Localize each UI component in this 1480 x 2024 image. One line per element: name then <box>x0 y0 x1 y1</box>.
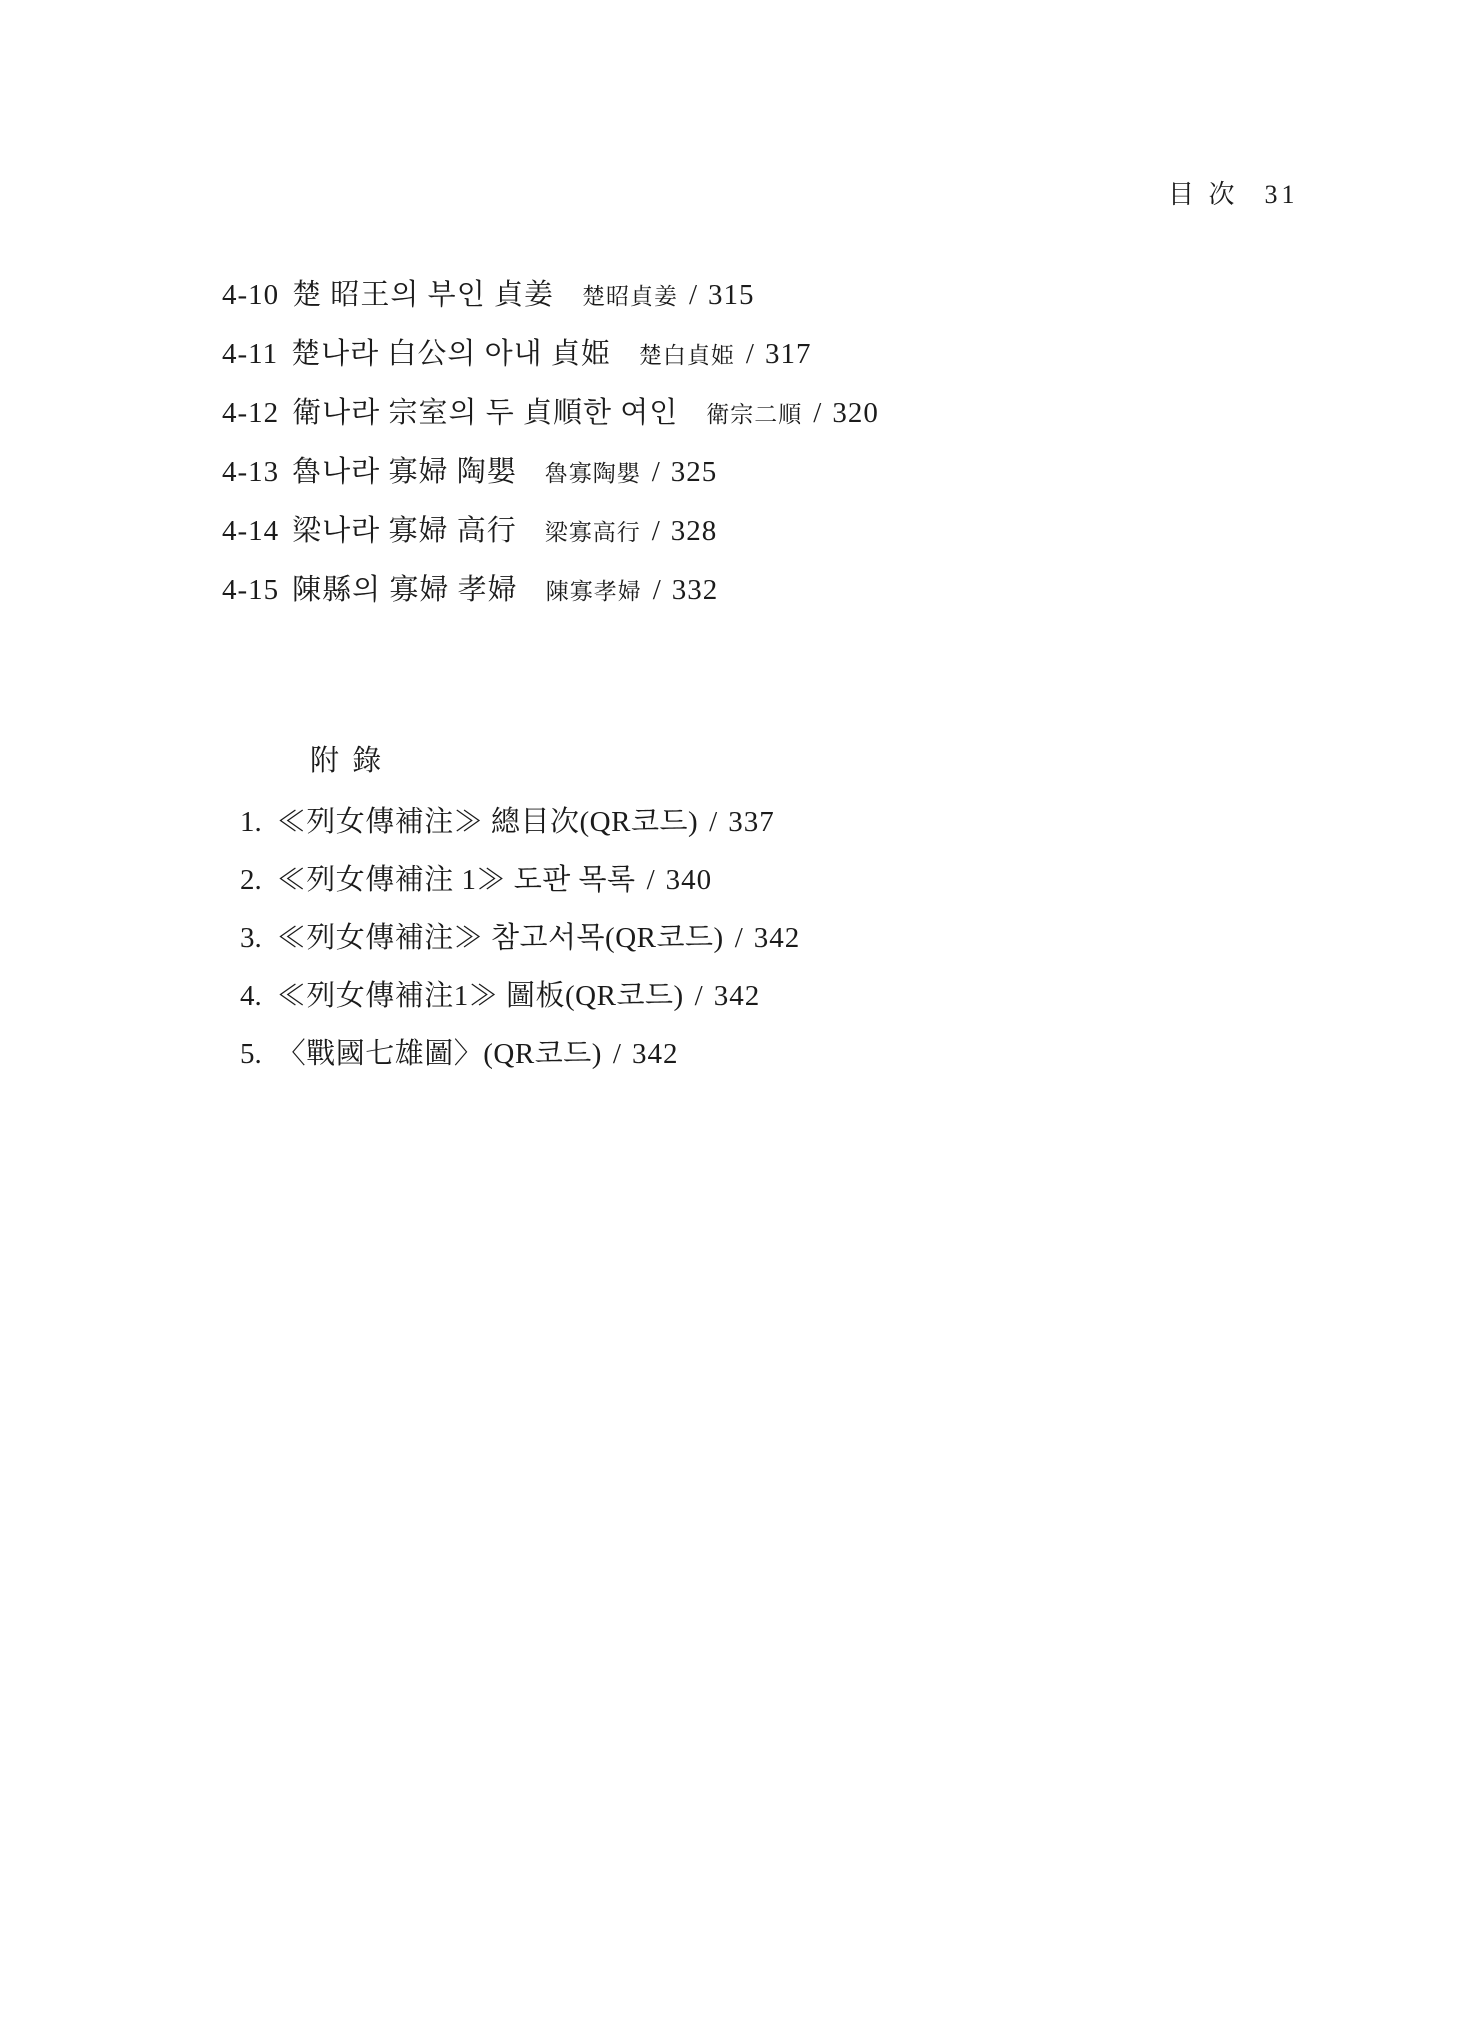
entry-hanja-title: 陳寡孝婦 <box>546 573 642 606</box>
entry-number: 4-13 <box>222 456 279 489</box>
entry-number: 4-15 <box>222 574 279 607</box>
entry-page-number: 320 <box>832 397 879 430</box>
entry-title: 〈戰國七雄圖〉(QR코드) <box>277 1031 602 1072</box>
entry-separator: / <box>813 397 821 430</box>
entry-title: 梁나라 寡婦 高行 <box>292 508 517 549</box>
entry-title: ≪列女傳補注≫ 總目次(QR코드) <box>277 799 698 840</box>
entry-page-number: 342 <box>632 1038 679 1071</box>
entry-hanja-title: 梁寡高行 <box>545 514 641 547</box>
entry-separator: / <box>695 980 703 1013</box>
appendix-entry: 3. ≪列女傳補注≫ 참고서목(QR코드) / 342 <box>240 915 800 950</box>
appendix-entry: 5. 〈戰國七雄圖〉(QR코드) / 342 <box>240 1031 800 1066</box>
toc-entry: 4-11 楚나라 白公의 아내 貞姫 楚白貞姫 / 317 <box>222 331 879 367</box>
entry-page-number: 328 <box>671 515 718 548</box>
entry-number: 1. <box>240 806 262 839</box>
entry-hanja-title: 衛宗二順 <box>706 396 802 429</box>
toc-list: 4-10 楚 昭王의 부인 貞姜 楚昭貞姜 / 315 4-11 楚나라 白公의… <box>222 272 879 626</box>
running-head-page-number: 31 <box>1265 180 1299 210</box>
entry-title: ≪列女傳補注 1≫ 도판 목록 <box>277 857 636 898</box>
entry-number: 4-12 <box>222 397 279 430</box>
appendix-entry: 4. ≪列女傳補注1≫ 圖板(QR코드) / 342 <box>240 973 800 1008</box>
toc-page: 目 次 31 4-10 楚 昭王의 부인 貞姜 楚昭貞姜 / 315 4-11 … <box>0 0 1480 2024</box>
entry-hanja-title: 楚昭貞姜 <box>582 278 678 311</box>
running-head: 目 次 31 <box>1168 174 1299 211</box>
entry-page-number: 325 <box>671 456 718 489</box>
entry-title: 陳縣의 寡婦 孝婦 <box>292 567 518 608</box>
entry-page-number: 337 <box>728 806 775 839</box>
entry-page-number: 342 <box>754 922 801 955</box>
entry-title: ≪列女傳補注≫ 참고서목(QR코드) <box>277 915 724 956</box>
entry-page-number: 317 <box>765 338 812 371</box>
appendix-list: 1. ≪列女傳補注≫ 總目次(QR코드) / 337 2. ≪列女傳補注 1≫ … <box>240 799 800 1089</box>
entry-separator: / <box>689 279 697 312</box>
entry-title: 楚 昭王의 부인 貞姜 <box>292 272 554 313</box>
entry-title: 楚나라 白公의 아내 貞姫 <box>291 331 611 372</box>
entry-separator: / <box>652 456 660 489</box>
running-head-title: 目 次 <box>1168 174 1239 211</box>
toc-entry: 4-13 魯나라 寡婦 陶嬰 魯寡陶嬰 / 325 <box>222 449 879 485</box>
entry-page-number: 315 <box>708 279 755 312</box>
entry-separator: / <box>746 338 754 371</box>
entry-number: 4-10 <box>222 279 279 312</box>
entry-title: 魯나라 寡婦 陶嬰 <box>292 449 517 490</box>
toc-entry: 4-12 衛나라 宗室의 두 貞順한 여인 衛宗二順 / 320 <box>222 390 879 426</box>
entry-separator: / <box>653 574 661 607</box>
entry-number: 4-11 <box>222 338 278 371</box>
entry-number: 5. <box>240 1038 262 1071</box>
entry-separator: / <box>652 515 660 548</box>
entry-number: 2. <box>240 864 262 897</box>
toc-entry: 4-10 楚 昭王의 부인 貞姜 楚昭貞姜 / 315 <box>222 272 879 308</box>
entry-hanja-title: 魯寡陶嬰 <box>545 455 641 488</box>
entry-page-number: 340 <box>666 864 713 897</box>
appendix-entry: 2. ≪列女傳補注 1≫ 도판 목록 / 340 <box>240 857 800 892</box>
entry-separator: / <box>613 1038 621 1071</box>
entry-number: 3. <box>240 922 262 955</box>
entry-number: 4. <box>240 980 262 1013</box>
entry-page-number: 332 <box>672 574 719 607</box>
entry-separator: / <box>735 922 743 955</box>
entry-separator: / <box>709 806 717 839</box>
appendix-heading: 附 錄 <box>310 738 384 779</box>
entry-title: 衛나라 宗室의 두 貞順한 여인 <box>292 390 678 431</box>
entry-title: ≪列女傳補注1≫ 圖板(QR코드) <box>277 973 684 1014</box>
entry-hanja-title: 楚白貞姫 <box>639 337 735 370</box>
entry-number: 4-14 <box>222 515 279 548</box>
appendix-entry: 1. ≪列女傳補注≫ 總目次(QR코드) / 337 <box>240 799 800 834</box>
entry-separator: / <box>647 864 655 897</box>
toc-entry: 4-14 梁나라 寡婦 高行 梁寡高行 / 328 <box>222 508 879 544</box>
toc-entry: 4-15 陳縣의 寡婦 孝婦 陳寡孝婦 / 332 <box>222 567 879 603</box>
entry-page-number: 342 <box>714 980 761 1013</box>
